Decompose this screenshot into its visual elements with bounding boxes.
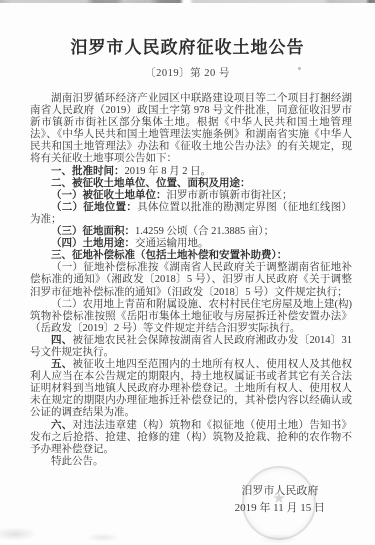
- paragraph-item-6: 六、对违法违章建（构）筑物和《拟征地（使用土地）告知书》发布之后抢搭、抢建、抢修…: [30, 420, 352, 456]
- signature-date: 2019 年 11 月 15 日: [235, 500, 325, 517]
- paragraph-closing: 特此公告。: [30, 456, 352, 468]
- paragraph-label: （三）征地面积：: [51, 226, 135, 237]
- paragraph-label: （一）被征收土地单位：: [51, 190, 167, 201]
- paragraph-label: 四、: [51, 335, 73, 346]
- doc-number: 〔2019〕第 20 号: [0, 65, 375, 80]
- paragraph-item-2-sub-2: （二）征地位置：具体位置以批准的勘测定界图（征地红线图）为准；: [30, 202, 352, 226]
- paragraph-text: 汨罗市新市镇新市街社区；: [167, 190, 293, 201]
- scanned-announcement-page: 汨罗市人民政府征收土地公告 〔2019〕第 20 号 湖南汨罗循环经济产业园区中…: [0, 0, 375, 545]
- paragraph-label: 六、: [51, 420, 73, 431]
- paragraph-label: 一、批准时间：: [51, 166, 125, 177]
- paragraph-text: （二）农用地上青苗和附属设施、农村村民住宅房屋及地上建(构)筑物补偿标准按照《岳…: [30, 299, 352, 334]
- paragraph-item-1: 一、批准时间：2019 年 8 月 2 日。: [30, 166, 352, 178]
- scan-edge-artifact: [0, 0, 375, 3]
- paragraph-text: 对违法违章建（构）筑物和《拟征地（使用土地）告知书》发布之后抢搭、抢建、抢修的建…: [30, 420, 352, 455]
- paragraph-text: 交通运输用地。: [135, 238, 209, 249]
- paragraph-label: 二、被征收土地单位、位置、面积及用途：: [51, 178, 251, 189]
- paragraph-item-4: 四、被征地农民社会保障按湖南省人民政府湘政办发〔2014〕31 号文件规定执行。: [30, 335, 352, 359]
- paragraph-item-2-sub-1: （一）被征收土地单位：汨罗市新市镇新市街社区；: [30, 190, 352, 202]
- paragraph-label: （四）土地用途：: [51, 238, 135, 249]
- paragraph-item-3: 三、征地补偿标准（包括土地补偿和安置补助费）：: [30, 250, 352, 262]
- paragraph-text: 湖南汨罗循环经济产业园区中联路建设项目等二个项目打捆经湖南省人民政府（2019）…: [30, 93, 352, 164]
- paragraph-label: 三、征地补偿标准（包括土地补偿和安置补助费）：: [51, 250, 287, 261]
- paragraph-text: （一）征地补偿标准按《湖南省人民政府关于调整湖南省征地补偿标准的通知》（湘政发〔…: [30, 262, 352, 297]
- paragraph-item-2-sub-4: （四）土地用途：交通运输用地。: [30, 238, 352, 250]
- paragraph-text: 被征收土地四至范围内的土地所有权人、使用权人及其他权利人应当在本公告规定的期限内…: [30, 359, 352, 418]
- scan-smudge: [86, 533, 120, 542]
- paragraph-intro: 湖南汨罗循环经济产业园区中联路建设项目等二个项目打捆经湖南省人民政府（2019）…: [30, 93, 352, 166]
- paragraph-text: 2019 年 8 月 2 日。: [125, 166, 212, 177]
- paragraph-item-5: 五、被征收土地四至范围内的土地所有权人、使用权人及其他权利人应当在本公告规定的期…: [30, 359, 352, 419]
- paragraph-label: （二）征地位置：: [51, 202, 137, 213]
- paragraph-item-2: 二、被征收土地单位、位置、面积及用途：: [30, 178, 352, 190]
- paragraph-text: 特此公告。: [51, 456, 104, 467]
- paragraph-item-3-sub-2: （二）农用地上青苗和附属设施、农村村民住宅房屋及地上建(构)筑物补偿标准按照《岳…: [30, 299, 352, 335]
- paragraph-label: 五、: [51, 359, 73, 370]
- paragraph-text: 被征地农民社会保障按湖南省人民政府湘政办发〔2014〕31 号文件规定执行。: [30, 335, 352, 358]
- paragraph-item-2-sub-3: （三）征地面积：1.4259 公顷（合 21.3885 亩）；: [30, 226, 352, 238]
- scan-smudge: [0, 527, 38, 541]
- scan-speck: [298, 67, 301, 70]
- doc-body: 湖南汨罗循环经济产业园区中联路建设项目等二个项目打捆经湖南省人民政府（2019）…: [30, 93, 352, 468]
- doc-title: 汨罗市人民政府征收土地公告: [0, 0, 375, 58]
- signature-block: 汨罗市人民政府 2019 年 11 月 15 日: [235, 483, 325, 516]
- paragraph-text: 1.4259 公顷（合 21.3885 亩）；: [135, 226, 274, 237]
- signature-org: 汨罗市人民政府: [235, 483, 325, 500]
- paragraph-item-3-sub-1: （一）征地补偿标准按《湖南省人民政府关于调整湖南省征地补偿标准的通知》（湘政发〔…: [30, 262, 352, 298]
